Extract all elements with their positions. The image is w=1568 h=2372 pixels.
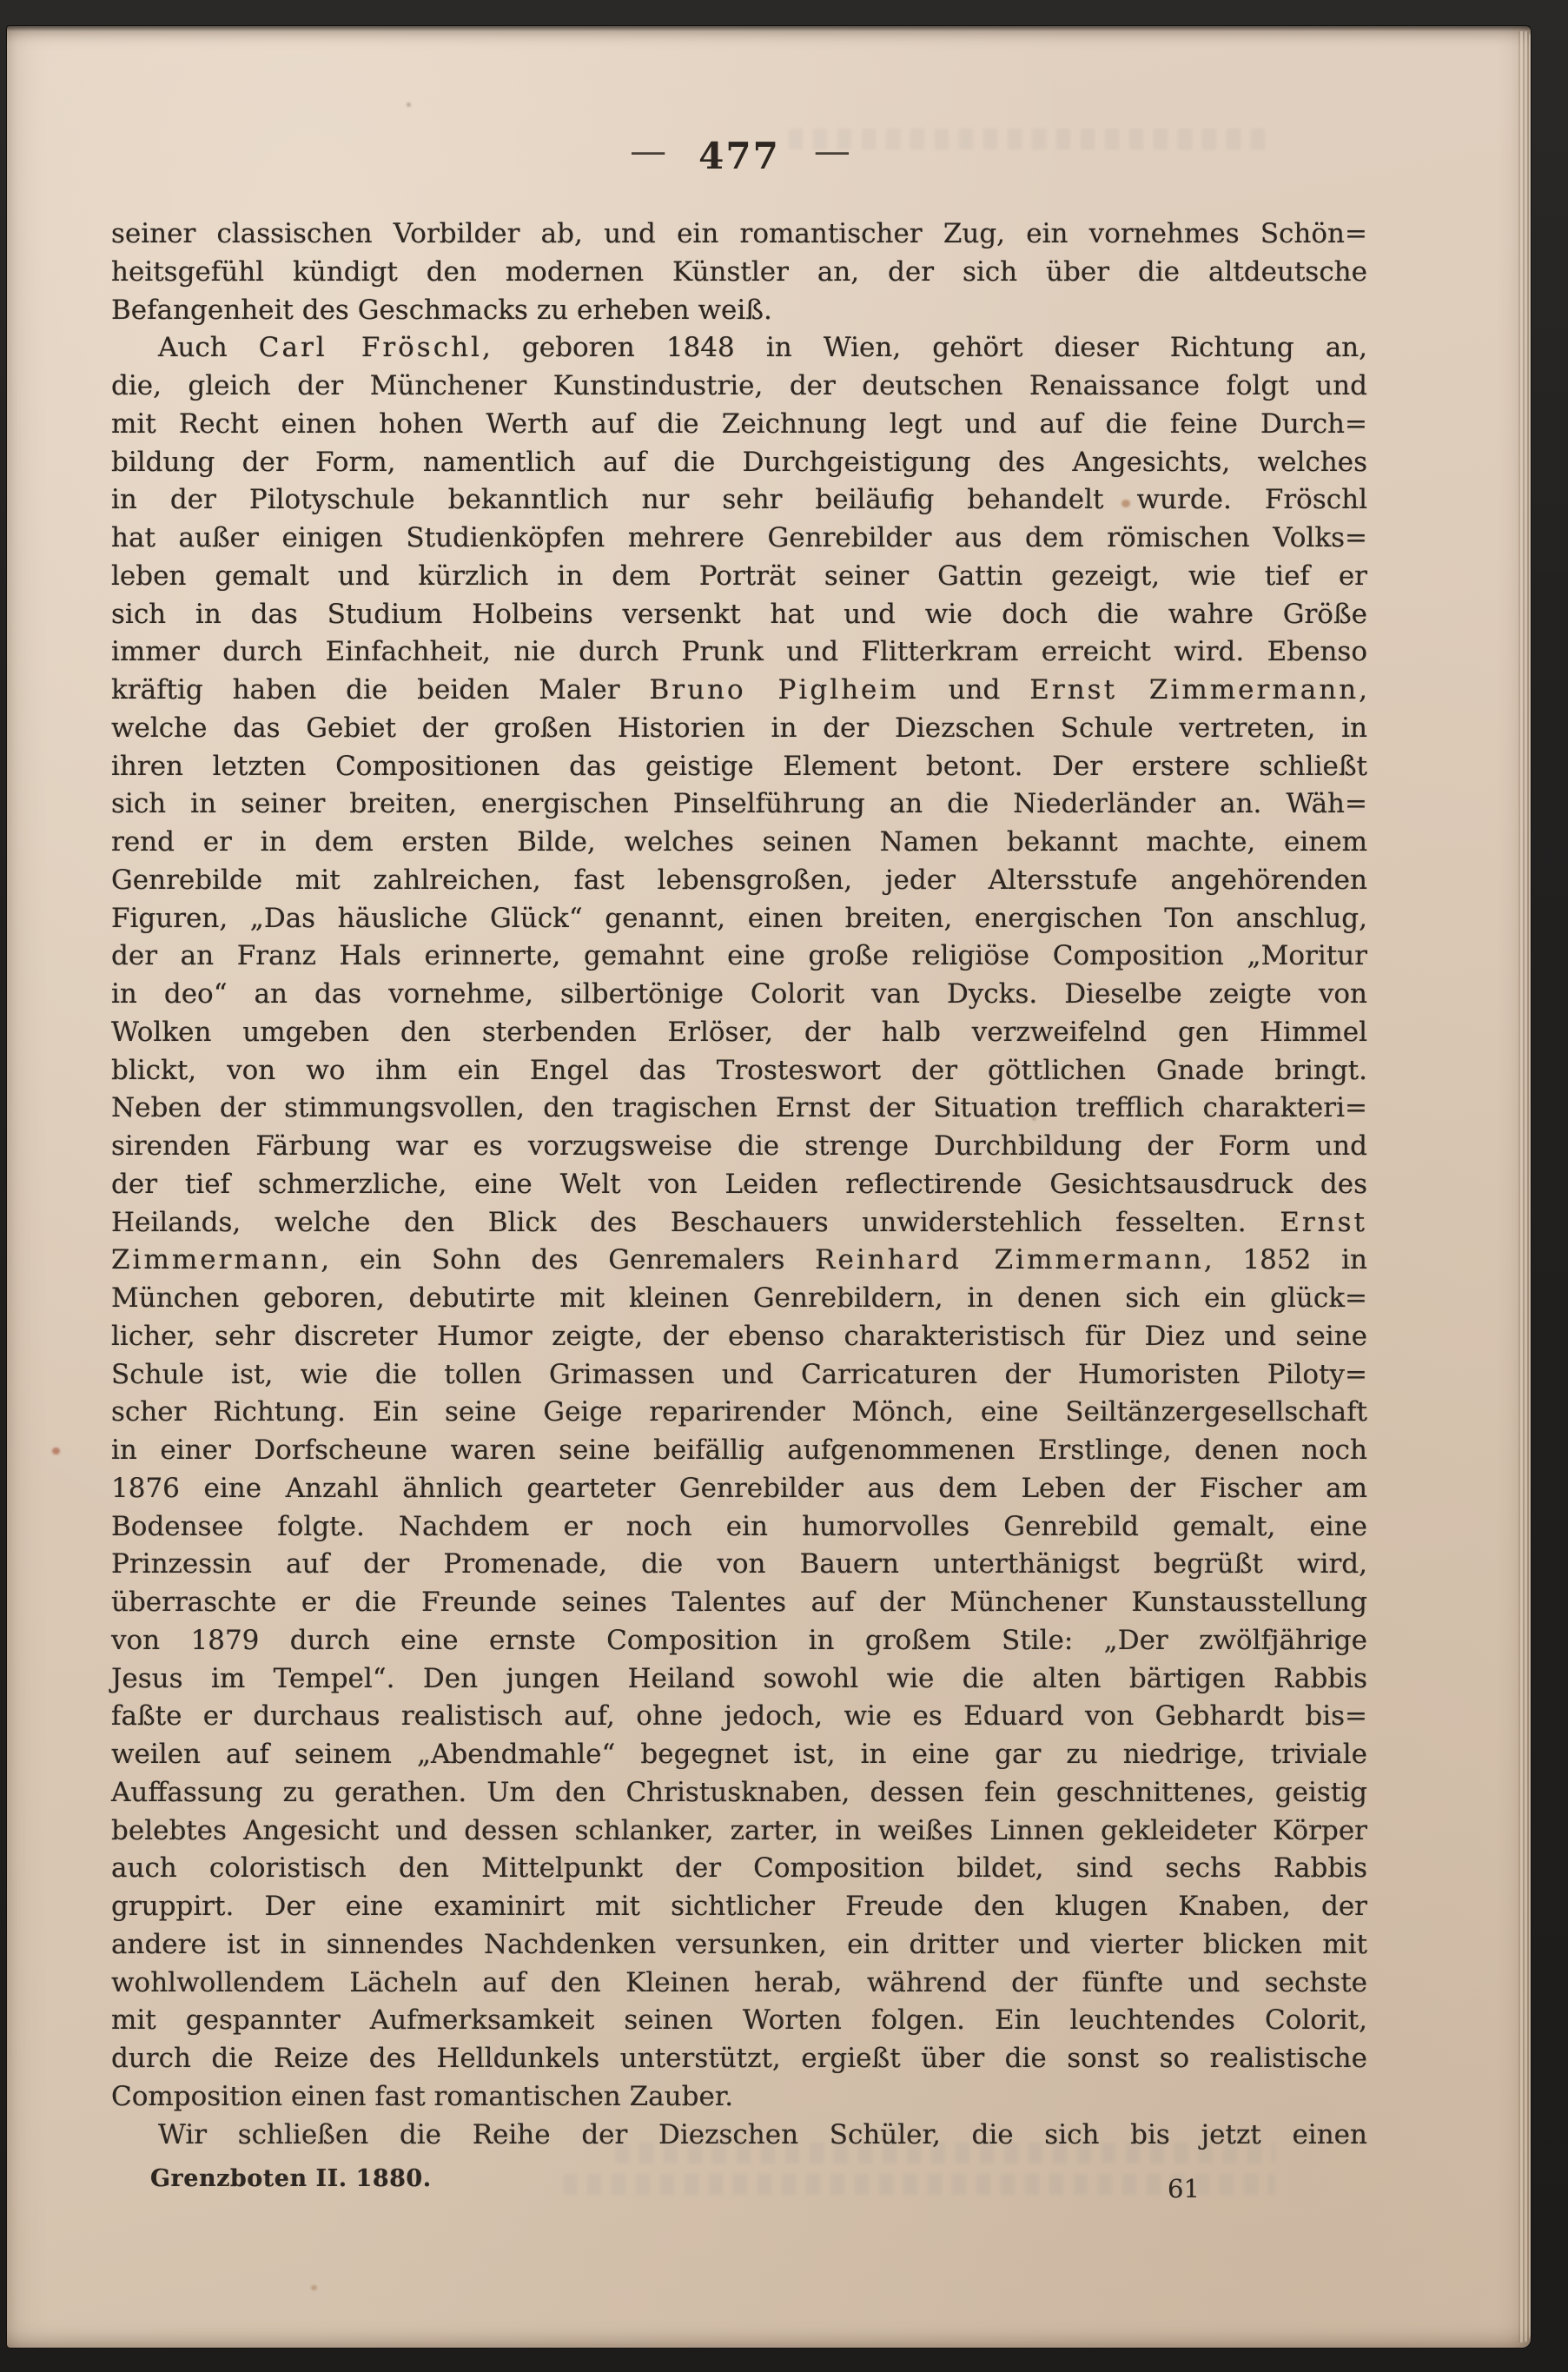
text-line: der an Franz Hals erinnerte, gemahnt ein… [111, 938, 1367, 976]
text-line: Auffassung zu gerathen. Um den Christusk… [111, 1774, 1367, 1812]
text-line: Wolken umgeben den sterbenden Erlöser, d… [111, 1014, 1367, 1052]
scan-background: { "scan": { "background_color": "#232120… [0, 0, 1568, 2372]
foxing-spot [52, 1448, 60, 1454]
text-line: in der Pilotyschule bekanntlich nur sehr… [111, 481, 1367, 520]
sheet-signature: 61 [1168, 2174, 1200, 2203]
text-line: Composition einen fast romantischen Zaub… [111, 2078, 1367, 2117]
text-line: sich in das Studium Holbeins versenkt ha… [111, 596, 1367, 634]
text-line: in einer Dorfscheune waren seine beifäll… [111, 1432, 1367, 1470]
text-line: bildung der Form, namentlich auf die Dur… [111, 444, 1367, 482]
text-line: mit Recht einen hohen Werth auf die Zeic… [111, 406, 1367, 444]
text-line: faßte er durchaus realistisch auf, ohne … [111, 1698, 1367, 1736]
text-line: von 1879 durch eine ernste Composition i… [111, 1622, 1367, 1660]
text-line: Neben der stimmungsvollen, den tragische… [111, 1090, 1367, 1128]
text-line: blickt, von wo ihm ein Engel das Trostes… [111, 1052, 1367, 1090]
text-line: sich in seiner breiten, energischen Pins… [111, 785, 1367, 824]
text-line: der tief schmerzliche, eine Welt von Lei… [111, 1166, 1367, 1204]
text-line: weilen auf seinem „Abendmahle“ begegnet … [111, 1736, 1367, 1774]
text-line: überraschte er die Freunde seines Talent… [111, 1584, 1367, 1622]
text-line: ihren letzten Compositionen das geistige… [111, 748, 1367, 786]
foxing-spot [311, 2285, 317, 2290]
text-line: durch die Reize des Helldunkels unterstü… [111, 2040, 1367, 2078]
text-line: gruppirt. Der eine examinirt mit sichtli… [111, 1888, 1367, 1926]
text-line: leben gemalt und kürzlich in dem Porträt… [111, 558, 1367, 596]
header-rule-right-ornament: — [810, 132, 853, 170]
text-line: licher, sehr discreter Humor zeigte, der… [111, 1318, 1367, 1356]
book-page: —477— seiner classischen Vorbilder ab, u… [7, 26, 1531, 2348]
text-line: heitsgefühl kündigt den modernen Künstle… [111, 254, 1367, 292]
text-line: Schule ist, wie die tollen Grimassen und… [111, 1356, 1367, 1395]
page-edge-right [1518, 31, 1531, 2342]
text-line: München geboren, debutirte mit kleinen G… [111, 1280, 1367, 1318]
text-line: kräftig haben die beiden Maler Bruno Pig… [111, 672, 1367, 710]
text-line: Jesus im Tempel“. Den jungen Heiland sow… [111, 1660, 1367, 1699]
text-line: mit gespannter Aufmerksamkeit seinen Wor… [111, 2002, 1367, 2040]
text-line: Auch Carl Fröschl, geboren 1848 in Wien,… [111, 329, 1367, 368]
text-line: auch coloristisch den Mittelpunkt der Co… [111, 1850, 1367, 1888]
text-line: 1876 eine Anzahl ähnlich gearteter Genre… [111, 1470, 1367, 1508]
text-line: Figuren, „Das häusliche Glück“ genannt, … [111, 900, 1367, 938]
text-line: welche das Gebiet der großen Historien i… [111, 710, 1367, 748]
text-line: wohlwollendem Lächeln auf den Kleinen he… [111, 1965, 1367, 2003]
text-line: immer durch Einfachheit, nie durch Prunk… [111, 633, 1367, 672]
text-line: in deo“ an das vornehme, silbertönige Co… [111, 976, 1367, 1014]
page-number: 477 [698, 135, 780, 177]
text-line: belebtes Angesicht und dessen schlanker,… [111, 1812, 1367, 1851]
text-line: sirenden Färbung war es vorzugsweise die… [111, 1128, 1367, 1166]
text-line: Heilands, welche den Blick des Beschauer… [111, 1204, 1367, 1242]
text-line: seiner classischen Vorbilder ab, und ein… [111, 215, 1367, 254]
text-line: Wir schließen die Reihe der Diezschen Sc… [111, 2117, 1367, 2155]
text-line: scher Richtung. Ein seine Geige reparire… [111, 1394, 1367, 1432]
text-line: Befangenheit des Geschmacks zu erheben w… [111, 292, 1367, 330]
text-line: die, gleich der Münchener Kunstindustrie… [111, 368, 1367, 406]
text-line: Zimmermann, ein Sohn des Genremalers Rei… [111, 1242, 1367, 1280]
header-rule-left-ornament: — [625, 132, 669, 170]
journal-imprint: Grenzboten II. 1880. [150, 2165, 432, 2192]
text-line: hat außer einigen Studienköpfen mehrere … [111, 520, 1367, 558]
foxing-spot [407, 103, 411, 107]
text-line: andere ist in sinnendes Nachdenken versu… [111, 1926, 1367, 1965]
page-header: —477— [111, 137, 1367, 176]
text-line: Bodensee folgte. Nachdem er noch ein hum… [111, 1508, 1367, 1547]
text-line: Prinzessin auf der Promenade, die von Ba… [111, 1546, 1367, 1584]
text-line: Genrebilde mit zahlreichen, fast lebensg… [111, 862, 1367, 900]
page-top-shadow [7, 26, 1531, 31]
text-line: rend er in dem ersten Bilde, welches sei… [111, 824, 1367, 862]
body-text: seiner classischen Vorbilder ab, und ein… [111, 215, 1367, 2154]
